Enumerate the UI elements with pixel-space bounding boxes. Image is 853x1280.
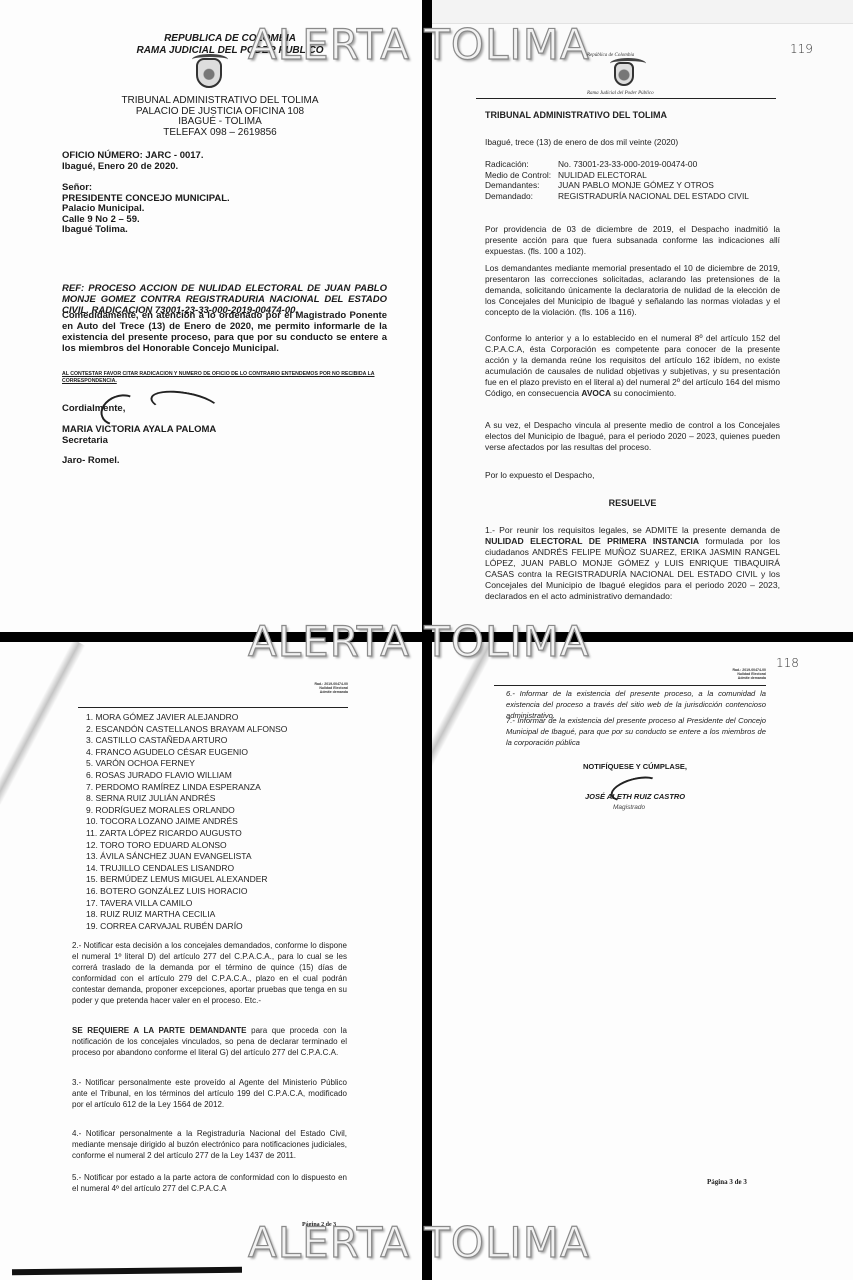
- tag-line: Admite demanda: [718, 676, 766, 680]
- concejal-list-item: 7. PERDOMO RAMÍREZ LINDA ESPERANZA: [86, 782, 287, 794]
- field-value: JUAN PABLO MONJE GÓMEZ Y OTROS: [558, 180, 780, 191]
- recipient-block: Señor: PRESIDENTE CONCEJO MUNICIPAL. Pal…: [62, 183, 230, 236]
- concejal-list-item: 13. ÁVILA SÁNCHEZ JUAN EVANGELISTA: [86, 851, 287, 863]
- paragraph: A su vez, el Despacho vincula al present…: [485, 420, 780, 453]
- concejal-list-item: 1. MORA GÓMEZ JAVIER ALEJANDRO: [86, 712, 287, 724]
- coat-of-arms-icon: [614, 62, 634, 86]
- signer-role: Secretaria: [62, 436, 216, 447]
- field-label: Medio de Control:: [485, 170, 558, 181]
- concejal-list-item: 18. RUIZ RUIZ MARTHA CECILIA: [86, 909, 287, 921]
- concejal-list-item: 15. BERMÚDEZ LEMUS MIGUEL ALEXANDER: [86, 874, 287, 886]
- recipient-line: Palacio Municipal.: [62, 204, 230, 215]
- watermark-middle: ALERTA TOLIMA: [248, 617, 590, 666]
- field-label: Demandado:: [485, 191, 558, 202]
- field-label: Radicación:: [485, 159, 558, 170]
- requirement-paragraph: SE REQUIERE A LA PARTE DEMANDANTE para q…: [72, 1025, 347, 1058]
- notifiquese-heading: NOTIFÍQUESE Y CÚMPLASE,: [583, 762, 687, 771]
- recipient-line: Señor:: [62, 183, 230, 194]
- paragraph-text: 1.- Por reunir los requisitos legales, s…: [485, 525, 780, 535]
- signer-name: JOSÉ ALETH RUIZ CASTRO: [585, 792, 685, 801]
- watermark-top: ALERTA TOLIMA: [248, 20, 590, 69]
- page-footer: Página 3 de 3: [707, 1178, 747, 1186]
- concejal-list-item: 11. ZARTA LÓPEZ RICARDO AUGUSTO: [86, 828, 287, 840]
- field-value: No. 73001-23-33-000-2019-00474-00: [558, 159, 780, 170]
- body-paragraph: Comedidamente, en atención a lo ordenado…: [62, 310, 387, 354]
- tribunal-header: TRIBUNAL ADMINISTRATIVO DEL TOLIMA PALAC…: [110, 96, 330, 138]
- case-header-tag: Rad.: 2019-00474-00 Nulidad Electoral Ad…: [300, 682, 348, 694]
- paragraph-bold: SE REQUIERE A LA PARTE DEMANDANTE: [72, 1026, 247, 1035]
- signer-role: Magistrado: [613, 804, 645, 811]
- page-auto-1: 119 República de Colombia Rama Judicial …: [432, 0, 853, 632]
- paragraph-bold: AVOCA: [581, 388, 611, 398]
- page-fold-shadow: [0, 642, 85, 805]
- concejal-list-item: 14. TRUJILLO CENDALES LISANDRO: [86, 863, 287, 875]
- concejal-list-item: 3. CASTILLO CASTAÑEDA ARTURO: [86, 735, 287, 747]
- folio-number: 118: [776, 656, 799, 670]
- concejales-list: 1. MORA GÓMEZ JAVIER ALEJANDRO2. ESCANDÓ…: [86, 712, 287, 932]
- paragraph: Por providencia de 03 de diciembre de 20…: [485, 224, 780, 257]
- concejal-list-item: 17. TAVERA VILLA CAMILO: [86, 898, 287, 910]
- coat-of-arms-icon: [196, 58, 222, 88]
- page-oficio: REPUBLICA DE COLOMBIA RAMA JUDICIAL DEL …: [0, 0, 422, 632]
- paragraph: Los demandantes mediante memorial presen…: [485, 263, 780, 318]
- concejal-list-item: 12. TORO TORO EDUARD ALONSO: [86, 840, 287, 852]
- case-fields: Radicación:No. 73001-23-33-000-2019-0047…: [485, 159, 780, 201]
- tribunal-line: TELEFAX 098 – 2619856: [110, 128, 330, 139]
- concejal-list-item: 19. CORREA CARVAJAL RUBÉN DARÍO: [86, 921, 287, 933]
- field-label: Demandantes:: [485, 180, 558, 191]
- paragraph-text: su conocimiento.: [613, 388, 676, 398]
- tribunal-title: TRIBUNAL ADMINISTRATIVO DEL TOLIMA: [485, 110, 780, 121]
- paragraph: Por lo expuesto el Despacho,: [485, 470, 780, 481]
- concejal-list-item: 9. RODRÍGUEZ MORALES ORLANDO: [86, 805, 287, 817]
- concejal-list-item: 4. FRANCO AGUDELO CÉSAR EUGENIO: [86, 747, 287, 759]
- paragraph: Conforme lo anterior y a lo establecido …: [485, 333, 780, 399]
- resolution-item-1: 1.- Por reunir los requisitos legales, s…: [485, 525, 780, 602]
- concejal-list-item: 16. BOTERO GONZÁLEZ LUIS HORACIO: [86, 886, 287, 898]
- concejal-list-item: 10. TOCORA LOZANO JAIME ANDRÉS: [86, 816, 287, 828]
- watermark-bottom: ALERTA TOLIMA: [248, 1218, 590, 1267]
- header-rule: [494, 685, 766, 686]
- concejal-list-item: 5. VARÓN OCHOA FERNEY: [86, 758, 287, 770]
- header-rule: [78, 707, 348, 708]
- resolution-item-4: 4.- Notificar personalmente a la Registr…: [72, 1128, 347, 1161]
- initials: Jaro- Romel.: [62, 456, 120, 467]
- tribunal-line: IBAGUÉ - TOLIMA: [110, 117, 330, 128]
- resolution-item-2: 2.- Notificar esta decisión a los concej…: [72, 940, 347, 1006]
- resolution-item-3: 3.- Notificar personalmente este proveíd…: [72, 1077, 347, 1110]
- concejal-list-item: 8. SERNA RUIZ JULIÁN ANDRÉS: [86, 793, 287, 805]
- resolution-item-5: 5.- Notificar por estado a la parte acto…: [72, 1172, 347, 1194]
- concejal-list-item: 2. ESCANDÓN CASTELLANOS BRAYAM ALFONSO: [86, 724, 287, 736]
- tag-line: Admite demanda: [300, 690, 348, 694]
- signature-mark: [148, 386, 221, 422]
- concejal-list-item: 6. ROSAS JURADO FLAVIO WILLIAM: [86, 770, 287, 782]
- header-small-bottom: Rama Judicial del Poder Público: [587, 91, 654, 96]
- field-value: REGISTRADURÍA NACIONAL DEL ESTADO CIVIL: [558, 191, 780, 202]
- response-note: AL CONTESTAR FAVOR CITAR RADICACION Y NU…: [62, 371, 387, 384]
- signer-block: MARIA VICTORIA AYALA PALOMA Secretaria: [62, 425, 216, 446]
- header-rule: [476, 98, 776, 99]
- tribunal-line: TRIBUNAL ADMINISTRATIVO DEL TOLIMA: [110, 96, 330, 107]
- oficio-date: Ibagué, Enero 20 de 2020.: [62, 162, 203, 173]
- resolution-item-7: 7.- Informar de la existencia del presen…: [506, 715, 766, 748]
- auto-date: Ibagué, trece (13) de enero de dos mil v…: [485, 137, 780, 148]
- paragraph-bold: NULIDAD ELECTORAL DE PRIMERA INSTANCIA: [485, 536, 699, 546]
- case-header-tag: Rad.: 2019-00474-00 Nulidad Electoral Ad…: [718, 668, 766, 680]
- resuelve-heading: RESUELVE: [485, 498, 780, 509]
- oficio-number-block: OFICIO NÚMERO: JARC - 0017. Ibagué, Ener…: [62, 151, 203, 172]
- signer-name: MARIA VICTORIA AYALA PALOMA: [62, 425, 216, 436]
- recipient-line: Ibagué Tolima.: [62, 225, 230, 236]
- field-value: NULIDAD ELECTORAL: [558, 170, 780, 181]
- folio-number: 119: [790, 42, 813, 56]
- oficio-number: OFICIO NÚMERO: JARC - 0017.: [62, 151, 203, 162]
